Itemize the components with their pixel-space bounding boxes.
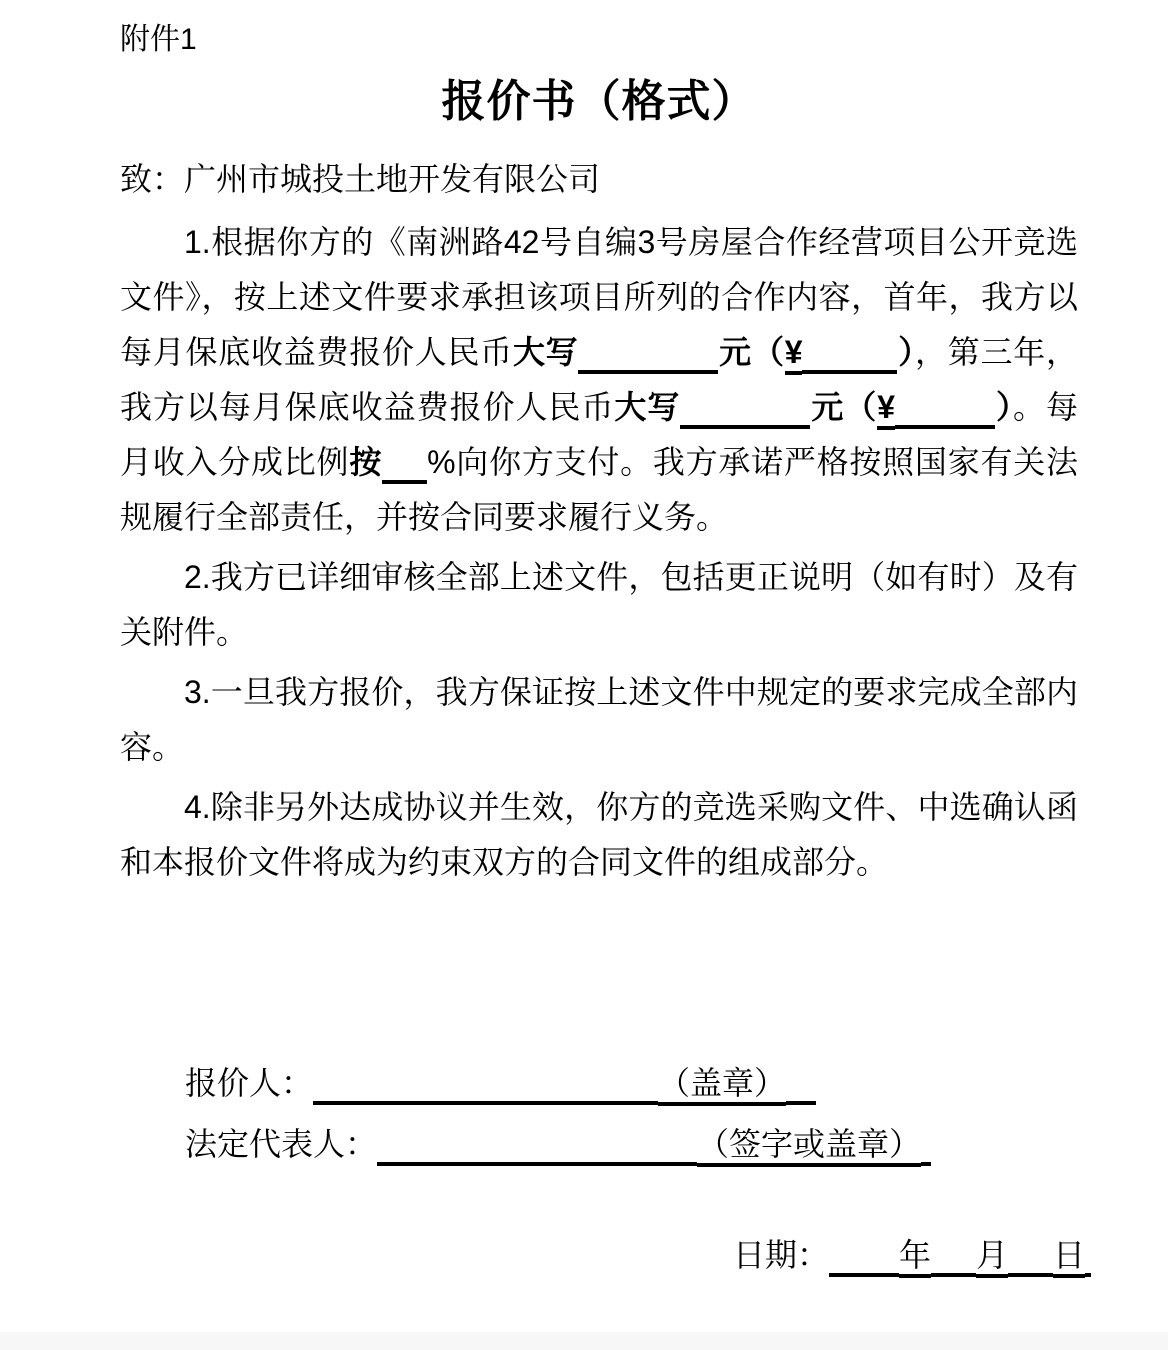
document-page: 附件1 报价书（格式） 致：广州市城投土地开发有限公司 1.根据你方的《南洲路4…	[0, 0, 1168, 1350]
text-segment: （签字或盖章）	[697, 1126, 921, 1167]
fill-in-blank	[829, 1243, 899, 1277]
signature-block: 报价人：（盖章） 法定代表人：（签字或盖章）	[185, 1056, 1078, 1172]
text-segment: （盖章）	[658, 1065, 786, 1106]
text-segment: ）	[995, 389, 1013, 425]
paragraph-1: 1.根据你方的《南洲路42号自编3号房屋合作经营项目公开竞选文件》，按上述文件要…	[120, 215, 1078, 545]
fill-in-blank	[895, 395, 995, 429]
attachment-label: 附件1	[120, 22, 1078, 58]
text-segment: 年	[899, 1237, 931, 1278]
fill-in-blank	[786, 1071, 816, 1105]
fill-in-blank	[1008, 1243, 1053, 1277]
fill-in-blank	[313, 1071, 658, 1105]
page-title: 报价书（格式）	[120, 74, 1078, 130]
text-segment: 日期：	[733, 1237, 829, 1273]
text-segment: 元	[718, 334, 752, 370]
fill-in-blank	[578, 340, 718, 374]
signature-legal-rep-line: 法定代表人：（签字或盖章）	[185, 1117, 1078, 1172]
text-segment: ）	[897, 334, 915, 370]
text-segment: 报价人：	[185, 1065, 313, 1101]
recipient-line: 致：广州市城投土地开发有限公司	[120, 152, 1078, 207]
fill-in-blank	[931, 1243, 976, 1277]
text-segment: 按	[349, 444, 382, 480]
text-segment: 大写	[614, 389, 680, 425]
text-segment: 日	[1053, 1237, 1085, 1278]
paragraph-4: 4.除非另外达成协议并生效，你方的竞选采购文件、中选确认函和本报价文件将成为约束…	[120, 780, 1078, 890]
paragraph-2: 2.我方已详细审核全部上述文件，包括更正说明（如有时）及有关附件。	[120, 550, 1078, 660]
fill-in-blank	[680, 395, 810, 429]
signature-bidder-line: 报价人：（盖章）	[185, 1056, 1078, 1111]
text-segment: ¥	[877, 389, 895, 430]
text-segment: 法定代表人：	[185, 1126, 377, 1162]
fill-in-blank	[377, 1132, 697, 1166]
text-segment: （	[844, 389, 877, 425]
text-segment: ¥	[785, 334, 803, 375]
fill-in-blank	[921, 1132, 931, 1166]
text-segment: （	[752, 334, 785, 370]
fill-in-blank	[382, 450, 427, 484]
date-line: 日期：年月日	[733, 1228, 1078, 1283]
text-segment: 大写	[513, 334, 579, 370]
text-segment: 元	[810, 389, 844, 425]
fill-in-blank	[1085, 1243, 1091, 1277]
page-edge-shadow	[0, 1332, 1168, 1350]
paragraph-3: 3.一旦我方报价，我方保证按上述文件中规定的要求完成全部内容。	[120, 665, 1078, 775]
text-segment: 月	[976, 1237, 1008, 1278]
fill-in-blank	[802, 340, 897, 374]
